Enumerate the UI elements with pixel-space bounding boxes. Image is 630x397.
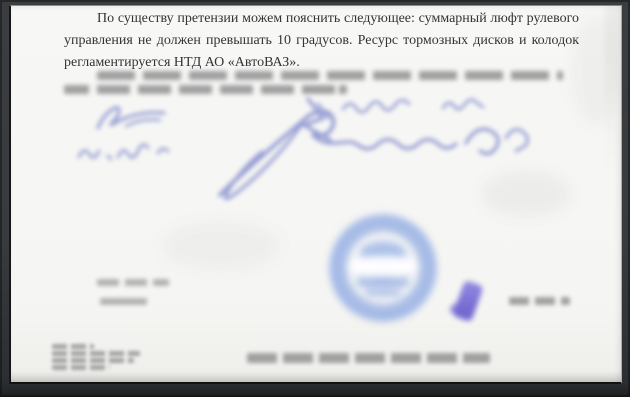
blurred-footer-center-line [247, 353, 490, 363]
round-stamp [328, 213, 438, 323]
blurred-footer-line [52, 344, 94, 349]
blurred-paragraph-line [97, 71, 563, 80]
stamp-logo-band [349, 256, 417, 276]
paper-smudge [571, 16, 621, 126]
blurred-label [509, 297, 570, 305]
blurred-footer-line [52, 358, 134, 363]
body-paragraph: По существу претензии можем пояснить сле… [64, 8, 579, 74]
blurred-footer-line [52, 351, 140, 356]
stamp-text-blur [357, 279, 409, 286]
blurred-signoff-line [100, 298, 147, 305]
stamp-text-blur [365, 290, 401, 296]
blurred-signoff-line [97, 279, 169, 286]
blurred-footer-line [52, 365, 110, 370]
paper-smudge [481, 171, 571, 216]
paragraph-line: По существу претензии можем пояснить сле… [64, 8, 579, 30]
document-page: По существу претензии можем пояснить сле… [9, 5, 622, 384]
paper-smudge [161, 221, 281, 271]
purple-ink-mark [452, 280, 484, 323]
blurred-paragraph-line [64, 85, 347, 94]
paragraph-line: управления не должен превышать 10 градус… [64, 30, 579, 52]
